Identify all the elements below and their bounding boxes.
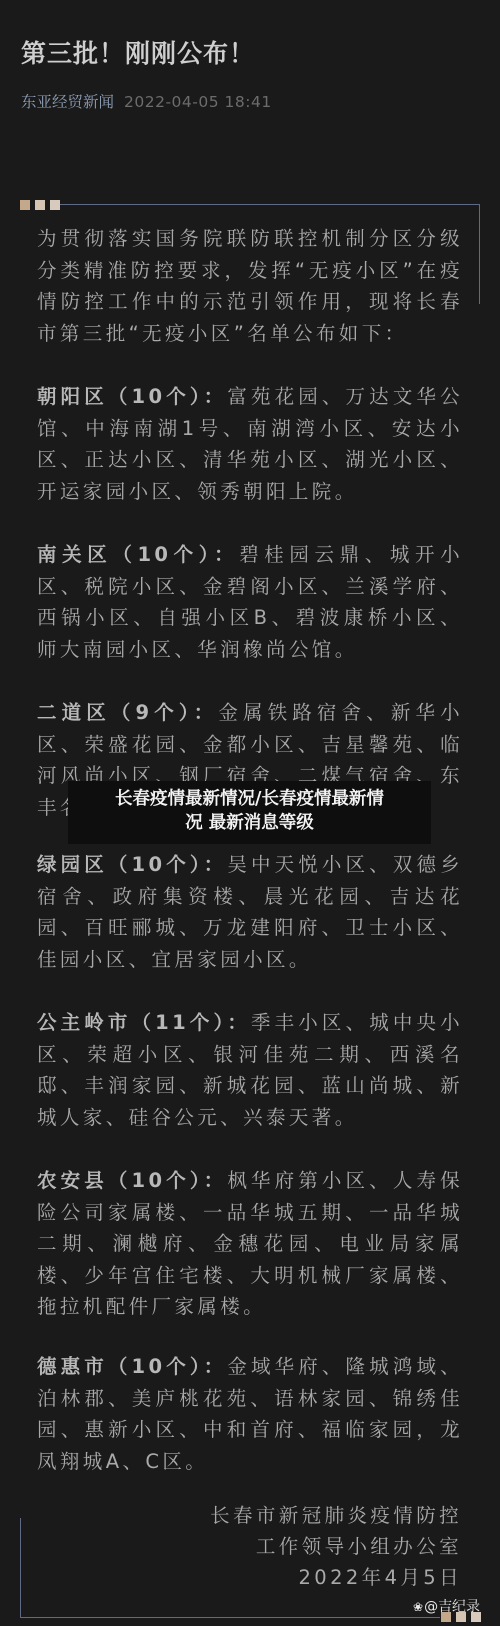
frame-left-line — [20, 1518, 21, 1618]
watermark-text: @吉纪录 — [424, 1599, 480, 1615]
frame-bottom-line — [20, 1617, 440, 1618]
article-title: 第三批！刚刚公布！ — [21, 34, 255, 70]
district-paragraph: 南关区（10个）：碧桂园云鼎、城开小区、税院小区、金碧阁小区、兰溪学府、西锅小区… — [37, 539, 463, 665]
decorative-square-icon — [35, 200, 45, 210]
signature-date: 2022年4月5日 — [210, 1562, 462, 1593]
watermark: ❀@吉纪录 — [413, 1596, 480, 1616]
district-name: 绿园区（10个）： — [37, 853, 227, 876]
district-name: 朝阳区（10个）： — [37, 385, 227, 408]
district-paragraph: 朝阳区（10个）：富苑花园、万达文华公馆、中海南湖1号、南湖湾小区、安达小区、正… — [37, 381, 463, 507]
district-name: 公主岭市（11个）： — [37, 1011, 251, 1034]
caption-line-2: 况 最新消息等级 — [74, 811, 425, 835]
district-paragraph: 农安县（10个）：枫华府第小区、人寿保险公司家属楼、一品华城五期、一品华城二期、… — [37, 1165, 463, 1323]
article-timestamp: 2022-04-05 18:41 — [124, 93, 272, 111]
decorative-square-icon — [20, 200, 30, 210]
district-name: 农安县（10个）： — [37, 1169, 227, 1192]
district-name: 南关区（10个）： — [37, 543, 239, 566]
district-paragraph: 德惠市（10个）：金域华府、隆城鸿域、泊林郡、美庐桃花苑、语林家园、锦绣佳园、惠… — [37, 1351, 463, 1477]
district-name: 二道区（9个）： — [37, 701, 218, 724]
signature-block: 长春市新冠肺炎疫情防控 工作领导小组办公室 2022年4月5日 — [210, 1500, 462, 1593]
article-page: 第三批！刚刚公布！ 东亚经贸新闻2022-04-05 18:41 为贯彻落实国务… — [0, 0, 500, 1626]
district-name: 德惠市（10个）： — [37, 1355, 227, 1378]
decorative-square-icon — [50, 200, 60, 210]
district-paragraph: 绿园区（10个）：吴中天悦小区、双德乡宿舍、政府集资楼、晨光花园、吉达花园、百旺… — [37, 849, 463, 975]
frame-top-line — [60, 204, 480, 205]
weibo-paw-icon: ❀ — [413, 1600, 423, 1614]
caption-overlay: 长春疫情最新情况/长春疫情最新情 况 最新消息等级 — [68, 781, 431, 844]
signature-org-line1: 长春市新冠肺炎疫情防控 — [210, 1500, 462, 1531]
caption-line-1: 长春疫情最新情况/长春疫情最新情 — [74, 787, 425, 811]
frame-right-line — [479, 204, 480, 304]
article-meta: 东亚经贸新闻2022-04-05 18:41 — [21, 90, 272, 112]
article-source[interactable]: 东亚经贸新闻 — [21, 93, 114, 111]
district-paragraph: 公主岭市（11个）：季丰小区、城中央小区、荣超小区、银河佳苑二期、西溪名邸、丰润… — [37, 1007, 463, 1133]
intro-paragraph: 为贯彻落实国务院联防联控机制分区分级分类精准防控要求，发挥“无疫小区”在疫情防控… — [37, 223, 463, 349]
signature-org-line2: 工作领导小组办公室 — [210, 1531, 462, 1562]
